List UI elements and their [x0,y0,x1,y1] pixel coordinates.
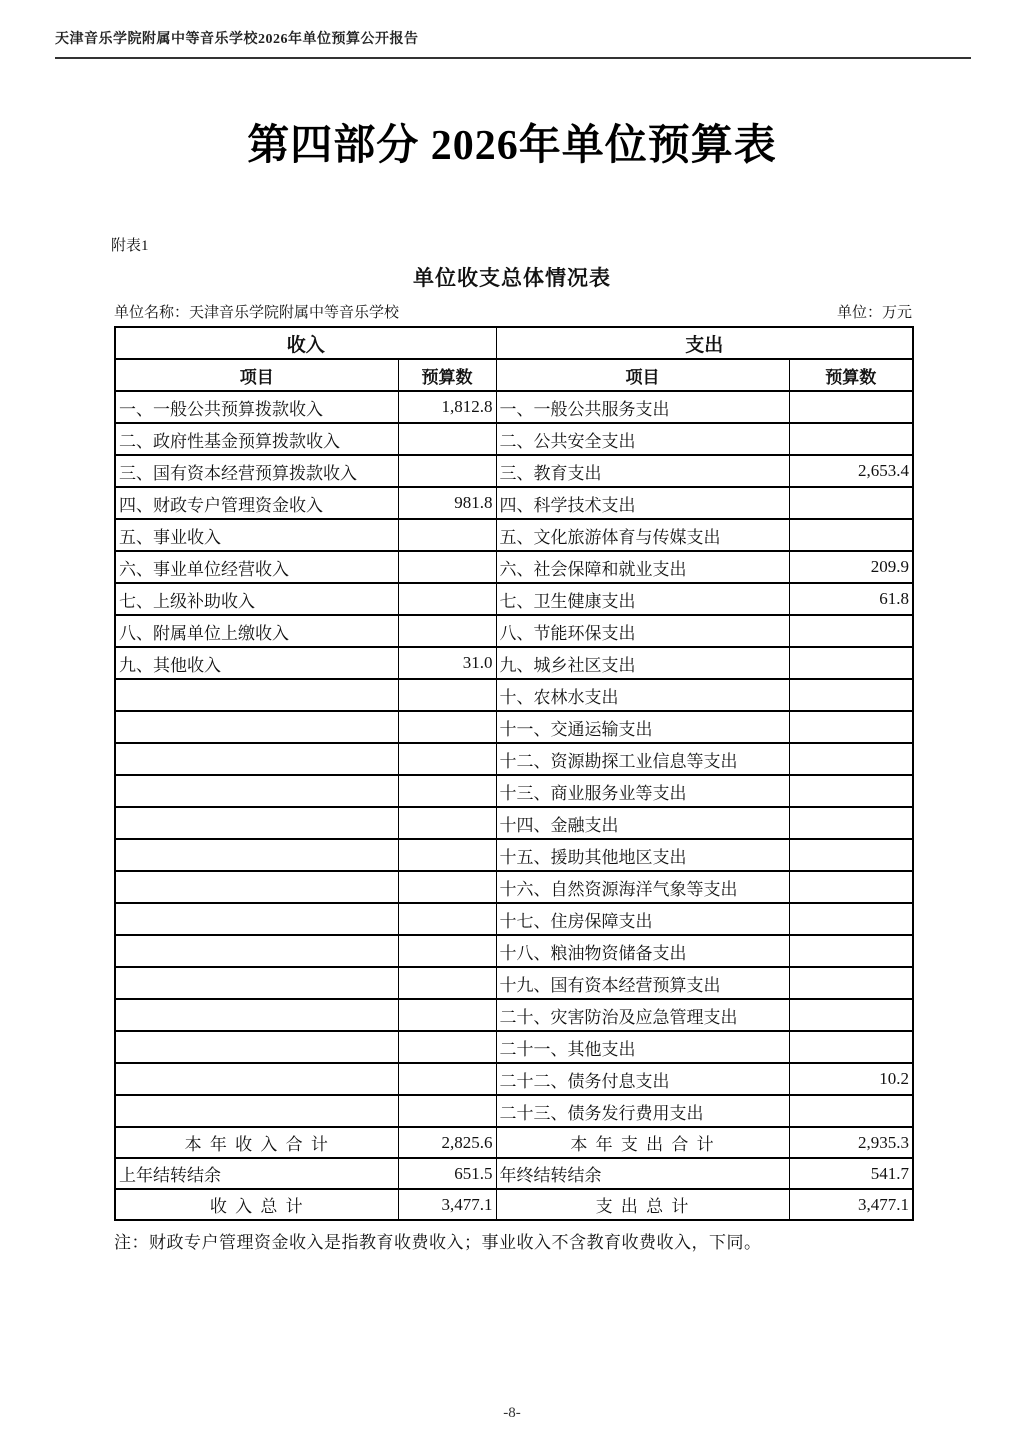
expense-value-cell [789,615,913,647]
table-row: 二、政府性基金预算拨款收入 二、公共安全支出 [115,423,913,455]
expense-value-cell [789,903,913,935]
expense-annual-total-label: 本 年 支 出 合 计 [496,1127,789,1158]
income-item-cell: 八、附属单位上缴收入 [115,615,398,647]
expense-item-cell: 十八、粮油物资储备支出 [496,935,789,967]
income-item-cell: 四、财政专户管理资金收入 [115,487,398,519]
expense-value-cell [789,775,913,807]
table-row: 五、事业收入 五、文化旅游体育与传媒支出 [115,519,913,551]
income-annual-total-label: 本 年 收 入 合 计 [115,1127,398,1158]
table-row: 八、附属单位上缴收入 八、节能环保支出 [115,615,913,647]
table-row: 十、农林水支出 [115,679,913,711]
expense-value-cell [789,423,913,455]
income-item-cell [115,775,398,807]
income-value-cell [398,679,496,711]
unit-of-measure-label: 单位：万元 [837,301,912,322]
table-column-header-row: 项目 预算数 项目 预算数 [115,359,913,391]
table-row: 十二、资源勘探工业信息等支出 [115,743,913,775]
income-value-cell [398,935,496,967]
table-section-header-row: 收入 支出 [115,327,913,359]
expense-item-cell: 二、公共安全支出 [496,423,789,455]
income-item-cell: 二、政府性基金预算拨款收入 [115,423,398,455]
expense-value-cell [789,519,913,551]
expense-item-cell: 十六、自然资源海洋气象等支出 [496,871,789,903]
table-row: 二十三、债务发行费用支出 [115,1095,913,1127]
income-item-cell [115,743,398,775]
expense-item-cell: 十一、交通运输支出 [496,711,789,743]
income-value-cell: 1,812.8 [398,391,496,423]
table-row: 九、其他收入 31.0 九、城乡社区支出 [115,647,913,679]
income-budget-header: 预算数 [398,359,496,391]
table-row: 二十一、其他支出 [115,1031,913,1063]
expense-item-cell: 三、教育支出 [496,455,789,487]
table-row: 十三、商业服务业等支出 [115,775,913,807]
page-number: -8- [0,1405,1024,1422]
table-row: 十四、金融支出 [115,807,913,839]
expense-item-cell: 五、文化旅游体育与传媒支出 [496,519,789,551]
expense-carryover-value: 541.7 [789,1158,913,1189]
expense-value-cell: 2,653.4 [789,455,913,487]
expense-value-cell [789,935,913,967]
expense-item-cell: 十、农林水支出 [496,679,789,711]
income-grand-total-label: 收 入 总 计 [115,1189,398,1220]
income-item-cell: 一、一般公共预算拨款收入 [115,391,398,423]
income-item-cell [115,839,398,871]
income-item-cell: 九、其他收入 [115,647,398,679]
expense-item-cell: 十四、金融支出 [496,807,789,839]
income-value-cell [398,807,496,839]
expense-value-cell [789,839,913,871]
table-footnote: 注：财政专户管理资金收入是指教育收费收入；事业收入不含教育收费收入，下同。 [114,1228,912,1253]
report-header-title: 天津音乐学院附属中等音乐学校2026年单位预算公开报告 [55,28,419,48]
income-item-cell [115,1063,398,1095]
expense-item-cell: 二十一、其他支出 [496,1031,789,1063]
table-row: 十六、自然资源海洋气象等支出 [115,871,913,903]
income-value-cell [398,743,496,775]
expense-annual-total-value: 2,935.3 [789,1127,913,1158]
header-divider [55,57,971,59]
income-value-cell [398,583,496,615]
expense-item-cell: 十七、住房保障支出 [496,903,789,935]
table-row: 二十、灾害防治及应急管理支出 [115,999,913,1031]
income-value-cell [398,999,496,1031]
income-value-cell [398,423,496,455]
expense-carryover-label: 年终结转结余 [496,1158,789,1189]
unit-name-label: 单位名称：天津音乐学院附属中等音乐学校 [114,301,399,322]
income-item-cell: 七、上级补助收入 [115,583,398,615]
income-value-cell [398,551,496,583]
expense-grand-total-value: 3,477.1 [789,1189,913,1220]
income-value-cell [398,1031,496,1063]
table-row: 二十二、债务付息支出 10.2 [115,1063,913,1095]
expense-value-cell: 10.2 [789,1063,913,1095]
expense-value-cell [789,871,913,903]
attachment-label: 附表1 [111,234,149,255]
expense-item-cell: 七、卫生健康支出 [496,583,789,615]
expense-value-cell [789,487,913,519]
budget-table: 收入 支出 项目 预算数 项目 预算数 一、一般公共预算拨款收入 1,812.8… [114,326,914,1221]
table-title: 单位收支总体情况表 [0,262,1024,292]
income-value-cell: 981.8 [398,487,496,519]
income-item-cell: 五、事业收入 [115,519,398,551]
income-item-cell [115,711,398,743]
expense-value-cell [789,711,913,743]
income-section-header: 收入 [115,327,496,359]
expense-item-cell: 十九、国有资本经营预算支出 [496,967,789,999]
expense-item-cell: 八、节能环保支出 [496,615,789,647]
income-item-header: 项目 [115,359,398,391]
expense-item-cell: 十二、资源勘探工业信息等支出 [496,743,789,775]
expense-value-cell [789,1031,913,1063]
expense-item-cell: 四、科学技术支出 [496,487,789,519]
table-row: 三、国有资本经营预算拨款收入 三、教育支出 2,653.4 [115,455,913,487]
expense-value-cell: 209.9 [789,551,913,583]
expense-item-cell: 九、城乡社区支出 [496,647,789,679]
expense-item-cell: 十三、商业服务业等支出 [496,775,789,807]
expense-value-cell [789,647,913,679]
annual-total-row: 本 年 收 入 合 计 2,825.6 本 年 支 出 合 计 2,935.3 [115,1127,913,1158]
expense-item-cell: 二十三、债务发行费用支出 [496,1095,789,1127]
grand-total-row: 收 入 总 计 3,477.1 支 出 总 计 3,477.1 [115,1189,913,1220]
expense-budget-header: 预算数 [789,359,913,391]
expense-grand-total-label: 支 出 总 计 [496,1189,789,1220]
carryover-row: 上年结转结余 651.5 年终结转结余 541.7 [115,1158,913,1189]
income-value-cell [398,1063,496,1095]
expense-value-cell [789,391,913,423]
income-value-cell [398,519,496,551]
expense-value-cell [789,967,913,999]
income-item-cell [115,679,398,711]
table-row: 十八、粮油物资储备支出 [115,935,913,967]
income-item-cell [115,1031,398,1063]
income-value-cell [398,871,496,903]
income-item-cell [115,967,398,999]
income-carryover-label: 上年结转结余 [115,1158,398,1189]
income-value-cell [398,903,496,935]
income-value-cell [398,711,496,743]
income-item-cell: 六、事业单位经营收入 [115,551,398,583]
income-value-cell [398,1095,496,1127]
income-value-cell [398,967,496,999]
income-item-cell: 三、国有资本经营预算拨款收入 [115,455,398,487]
expense-value-cell [789,1095,913,1127]
expense-item-cell: 二十、灾害防治及应急管理支出 [496,999,789,1031]
income-item-cell [115,903,398,935]
expense-item-header: 项目 [496,359,789,391]
table-row: 七、上级补助收入 七、卫生健康支出 61.8 [115,583,913,615]
expense-item-cell: 一、一般公共服务支出 [496,391,789,423]
income-carryover-value: 651.5 [398,1158,496,1189]
table-row: 十五、援助其他地区支出 [115,839,913,871]
expense-value-cell: 61.8 [789,583,913,615]
income-value-cell [398,775,496,807]
income-value-cell [398,839,496,871]
table-row: 十七、住房保障支出 [115,903,913,935]
expense-value-cell [789,743,913,775]
income-item-cell [115,935,398,967]
expense-section-header: 支出 [496,327,913,359]
expense-item-cell: 十五、援助其他地区支出 [496,839,789,871]
expense-value-cell [789,679,913,711]
page-title: 第四部分 2026年单位预算表 [0,112,1024,172]
table-row: 十一、交通运输支出 [115,711,913,743]
income-item-cell [115,999,398,1031]
income-item-cell [115,807,398,839]
document-page: 天津音乐学院附属中等音乐学校2026年单位预算公开报告 第四部分 2026年单位… [0,0,1024,1449]
table-meta-row: 单位名称：天津音乐学院附属中等音乐学校 单位：万元 [114,301,912,322]
income-value-cell [398,615,496,647]
income-value-cell [398,455,496,487]
expense-item-cell: 六、社会保障和就业支出 [496,551,789,583]
table-row: 十九、国有资本经营预算支出 [115,967,913,999]
expense-item-cell: 二十二、债务付息支出 [496,1063,789,1095]
income-grand-total-value: 3,477.1 [398,1189,496,1220]
income-value-cell: 31.0 [398,647,496,679]
expense-value-cell [789,807,913,839]
income-item-cell [115,871,398,903]
table-row: 四、财政专户管理资金收入 981.8 四、科学技术支出 [115,487,913,519]
table-row: 一、一般公共预算拨款收入 1,812.8 一、一般公共服务支出 [115,391,913,423]
income-annual-total-value: 2,825.6 [398,1127,496,1158]
table-row: 六、事业单位经营收入 六、社会保障和就业支出 209.9 [115,551,913,583]
income-item-cell [115,1095,398,1127]
expense-value-cell [789,999,913,1031]
